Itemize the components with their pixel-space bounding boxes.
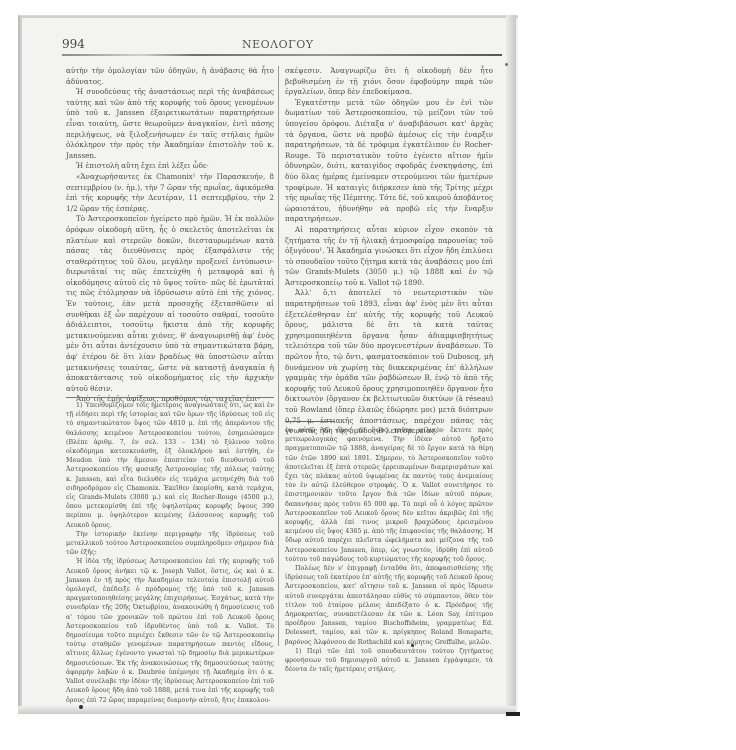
right-column: σκέψεσιν. Ἀναγνωρίζω ὅτι ἡ οἰκοδομὴ δὲν …	[285, 66, 493, 437]
paragraph: Αἱ παρατηρήσεις αὗται κύριον εἶχον σκοπὸ…	[285, 225, 493, 289]
footnote: Ἡ ἰδέα τῆς ἱδρύσεως Ἀστεροσκοπείου ἐπὶ τ…	[66, 557, 274, 704]
paragraph: Ἡ συνοδεύσας τῆς ἀναστάσεως περὶ τῆς ἀνα…	[66, 87, 274, 161]
footnote-rule	[66, 397, 274, 398]
scan-corner-mark	[506, 712, 520, 716]
paragraph: Τὸ Ἀστεροσκοπεῖον ἠγείρετο πρὸ ἡμῶν. Ἡ ἐ…	[66, 214, 274, 394]
footnote: 1) Ὑπενθυμίζομεν τοῖς ἡμετέροις ἀναγνώστ…	[66, 401, 274, 530]
scan-speck	[411, 644, 414, 647]
column-divider	[278, 66, 279, 646]
footnote: ἐν αὐτῷ τῷ ὄρος τὸ ὕψος τοῦτο φιλικὸν ἔκ…	[285, 426, 493, 564]
paragraph: σκέψεσιν. Ἀναγνωρίζω ὅτι ἡ οἰκοδομὴ δὲν …	[285, 66, 493, 98]
paragraph: αὐτὴν τὴν ὁμολογίαν τῶν ὁδηγῶν, ἡ ἀνάβασ…	[66, 66, 274, 87]
left-column: αὐτὴν τὴν ὁμολογίαν τῶν ὁδηγῶν, ἡ ἀνάβασ…	[66, 66, 274, 405]
paragraph: Ἐγκατέστην μετὰ τῶν ὁδηγῶν μου ἐν ἑνὶ τῶ…	[285, 98, 493, 225]
paragraph: Ἀλλ' ὅ,τι ἀποτελεῖ τὸ νεωτεριστικὸν τῶν …	[285, 288, 493, 436]
footnote: Πολέως δὲν ν' ἐπιγραφῇ ἐνταῦθα ὅτι, ἀποφ…	[285, 564, 493, 647]
footnote: Τὴν ἱστορικὴν ἐκείνην περιγραφὴν τῆς ἱδρ…	[66, 530, 274, 558]
paragraph: «Ἀναχωρήσαντες ἐκ Chamonix¹ τὴν Παρασκευ…	[66, 172, 274, 214]
running-title: ΝΕΟΛΟΓΟΥ	[242, 38, 314, 51]
paragraph: Ἡ ἐπιστολὴ αὕτη ἔχει ἐπὶ λέξει ὧδε·	[66, 161, 274, 172]
page-header: 994 ΝΕΟΛΟΓΟΥ	[62, 37, 502, 59]
page-number: 994	[62, 37, 85, 51]
page-edge-shadow-bottom	[18, 706, 516, 714]
header-rule	[62, 54, 502, 56]
margin-dot	[505, 63, 508, 66]
footnotes-right: ἐν αὐτῷ τῷ ὄρος τὸ ὕψος τοῦτο φιλικὸν ἔκ…	[285, 426, 493, 674]
footnotes-left: 1) Ὑπενθυμίζομεν τοῖς ἡμετέροις ἀναγνώστ…	[66, 401, 274, 705]
footnote: 1) Περὶ τῶν ἐπὶ τοῦ σπουδαιοτάτου τούτου…	[285, 647, 493, 675]
scan-speck	[79, 705, 83, 709]
footnote-rule	[285, 421, 335, 422]
page-edge-shadow-right	[506, 15, 516, 713]
